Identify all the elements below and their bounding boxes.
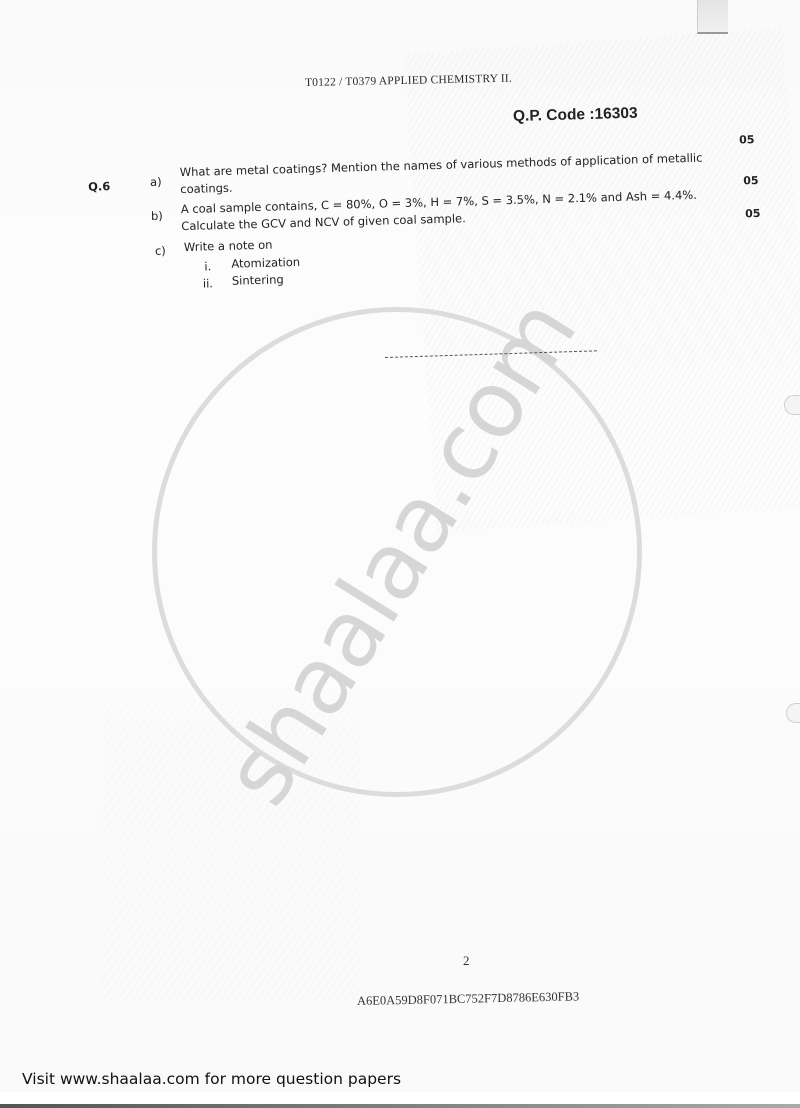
question-number: Q.6 — [88, 179, 111, 194]
punch-hole — [784, 395, 800, 415]
subitem-atomization: Atomization — [231, 255, 300, 271]
subitem-label-i: i. — [204, 259, 211, 273]
footer-link-text[interactable]: Visit www.shaalaa.com for more question … — [22, 1070, 401, 1088]
document-hash: A6E0A59D8F071BC752F7D8786E630FB3 — [357, 989, 580, 1009]
subitem-sintering: Sintering — [232, 272, 284, 287]
part-a-line-2: coatings. — [180, 181, 233, 196]
footer-rule — [0, 1104, 800, 1108]
scanned-page: shaalaa.com T0122 / T0379 APPLIED CHEMIS… — [0, 0, 800, 1092]
marks-c: 05 — [745, 207, 761, 220]
qp-code: Q.P. Code :16303 — [513, 105, 638, 126]
part-c-line-1: Write a note on — [184, 238, 273, 254]
page-number: 2 — [463, 953, 470, 969]
staple-mark — [697, 0, 728, 34]
punch-hole — [786, 703, 800, 723]
marks-a: 05 — [739, 133, 755, 146]
question-block: Q.6 a) What are metal coatings? Mention … — [0, 0, 795, 4]
part-label-a: a) — [150, 175, 162, 189]
part-label-c: c) — [155, 244, 166, 258]
marks-b: 05 — [743, 174, 759, 187]
subitem-label-ii: ii. — [203, 276, 213, 290]
part-label-b: b) — [151, 209, 163, 223]
